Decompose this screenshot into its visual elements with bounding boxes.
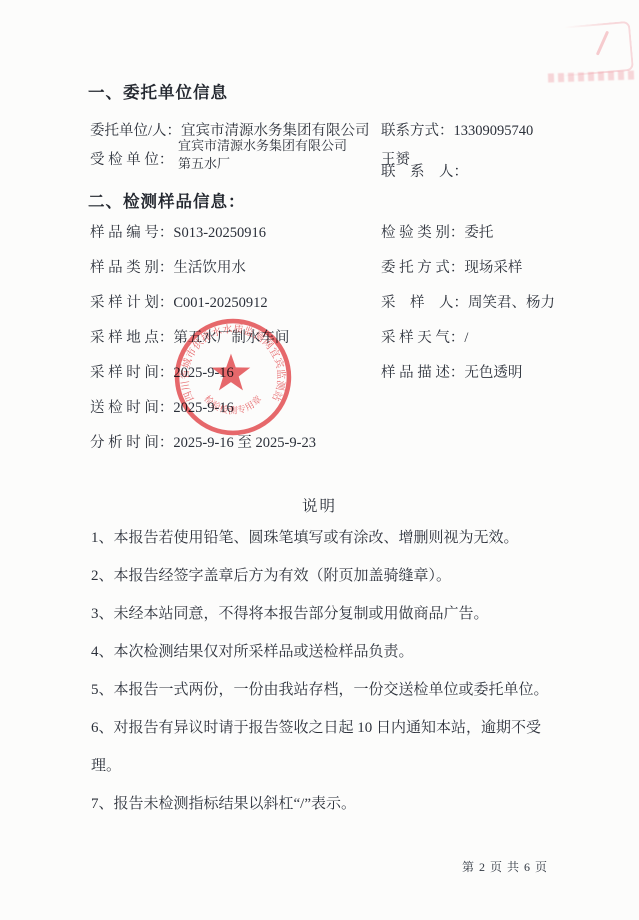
seal-bottom-text: 检验检测专用章: [202, 393, 264, 416]
sample-desc-value: 无色透明: [464, 365, 522, 381]
sample-type-value: 生活饮用水: [173, 260, 246, 276]
page-number: 第 2 页 共 6 页: [462, 858, 548, 875]
notes-list: 1、本报告若使用铅笔、圆珠笔填写或有涂改、增删则视为无效。 2、本报告经签字盖章…: [91, 519, 569, 823]
analysis-time-label: 分 析 时 间：: [90, 435, 173, 451]
sample-no-value: S013-20250916: [173, 225, 266, 241]
sampling-time-label: 采 样 时 间：: [90, 365, 173, 381]
sample-info-row: 分 析 时 间：2025-9-16 至 2025-9-23: [90, 431, 575, 455]
sampling-plan-value: C001-20250912: [173, 295, 267, 311]
sampling-plan-label: 采 样 计 划：: [90, 295, 173, 311]
notes-title: 说明: [0, 494, 639, 516]
inspect-type-value: 委托: [464, 225, 493, 241]
sample-desc-label: 样 品 描 述：: [381, 365, 464, 381]
svg-text:检验检测专用章: 检验检测专用章: [202, 393, 264, 416]
submission-time-label: 送 检 时 间：: [90, 400, 173, 416]
sample-info-row: 采 样 计 划：C001-20250912 采 样 人：周笑君、杨力: [90, 291, 575, 315]
entrust-mode-value: 现场采样: [464, 260, 522, 276]
sample-info-row: 样 品 类 别：生活饮用水 委 托 方 式：现场采样: [90, 256, 575, 280]
inspected-unit-value-line1: 宜宾市清源水务集团有限公司: [178, 137, 347, 155]
note-item-7: 7、报告未检测指标结果以斜杠“/”表示。: [91, 785, 569, 823]
sample-info-row: 采 样 时 间：2025-9-16 样 品 描 述：无色透明: [90, 361, 575, 385]
note-item-5: 5、本报告一式两份，一份由我站存档，一份交送检单位或委托单位。: [91, 671, 569, 709]
sampling-site-label: 采 样 地 点：: [90, 330, 173, 346]
note-item-6: 6、对报告有异议时请于报告签收之日起 10 日内通知本站，逾期不受理。: [91, 709, 569, 785]
note-item-3: 3、未经本站同意，不得将本报告部分复制或用做商品广告。: [91, 595, 569, 633]
note-item-4: 4、本次检测结果仅对所采样品或送检样品负责。: [91, 633, 569, 671]
section2-title: 二、检测样品信息：: [88, 188, 246, 212]
note-item-2: 2、本报告经签字盖章后方为有效（附页加盖骑缝章）。: [91, 557, 569, 595]
entrust-mode-label: 委 托 方 式：: [381, 260, 464, 276]
report-page: 一、委托单位信息 委托单位/人：宜宾市清源水务集团有限公司 联系方式：13309…: [0, 0, 639, 920]
sample-info-row: 采 样 地 点：第五水厂制水车间 采 样 天 气：/: [90, 326, 575, 350]
sampler-value: 周笑君、杨力: [468, 295, 555, 311]
seal-star-icon: [212, 354, 251, 391]
official-seal: 四川省城市供排水水质监测网宜宾监测站 检验检测专用章: [172, 316, 294, 438]
inspect-type-label: 检 验 类 别：: [381, 225, 464, 241]
inspected-unit-value: 宜宾市清源水务集团有限公司 第五水厂: [178, 137, 347, 172]
sample-no-label: 样 品 编 号：: [90, 225, 173, 241]
inspected-unit-row: 受 检 单 位： 宜宾市清源水务集团有限公司 第五水厂 联 系 人：王赟: [90, 136, 575, 182]
section1-title: 一、委托单位信息: [88, 79, 228, 103]
note-item-1: 1、本报告若使用铅笔、圆珠笔填写或有涂改、增删则视为无效。: [91, 519, 569, 557]
sample-info-row: 样 品 编 号：S013-20250916 检 验 类 别：委托: [90, 221, 575, 245]
contact-person-label: 联 系 人：: [381, 160, 468, 181]
inspected-unit-value-line2: 第五水厂: [178, 155, 347, 173]
sample-info-row: 送 检 时 间：2025-9-16: [90, 396, 575, 420]
sampling-weather-value: /: [464, 330, 468, 346]
sampler-label: 采 样 人：: [381, 295, 468, 311]
inspected-unit-label: 受 检 单 位：: [90, 148, 173, 169]
corner-stamp-fragment: [554, 21, 634, 77]
corner-stamp-glyphs: [548, 70, 636, 82]
sampling-weather-label: 采 样 天 气：: [381, 330, 464, 346]
sample-type-label: 样 品 类 别：: [90, 260, 173, 276]
